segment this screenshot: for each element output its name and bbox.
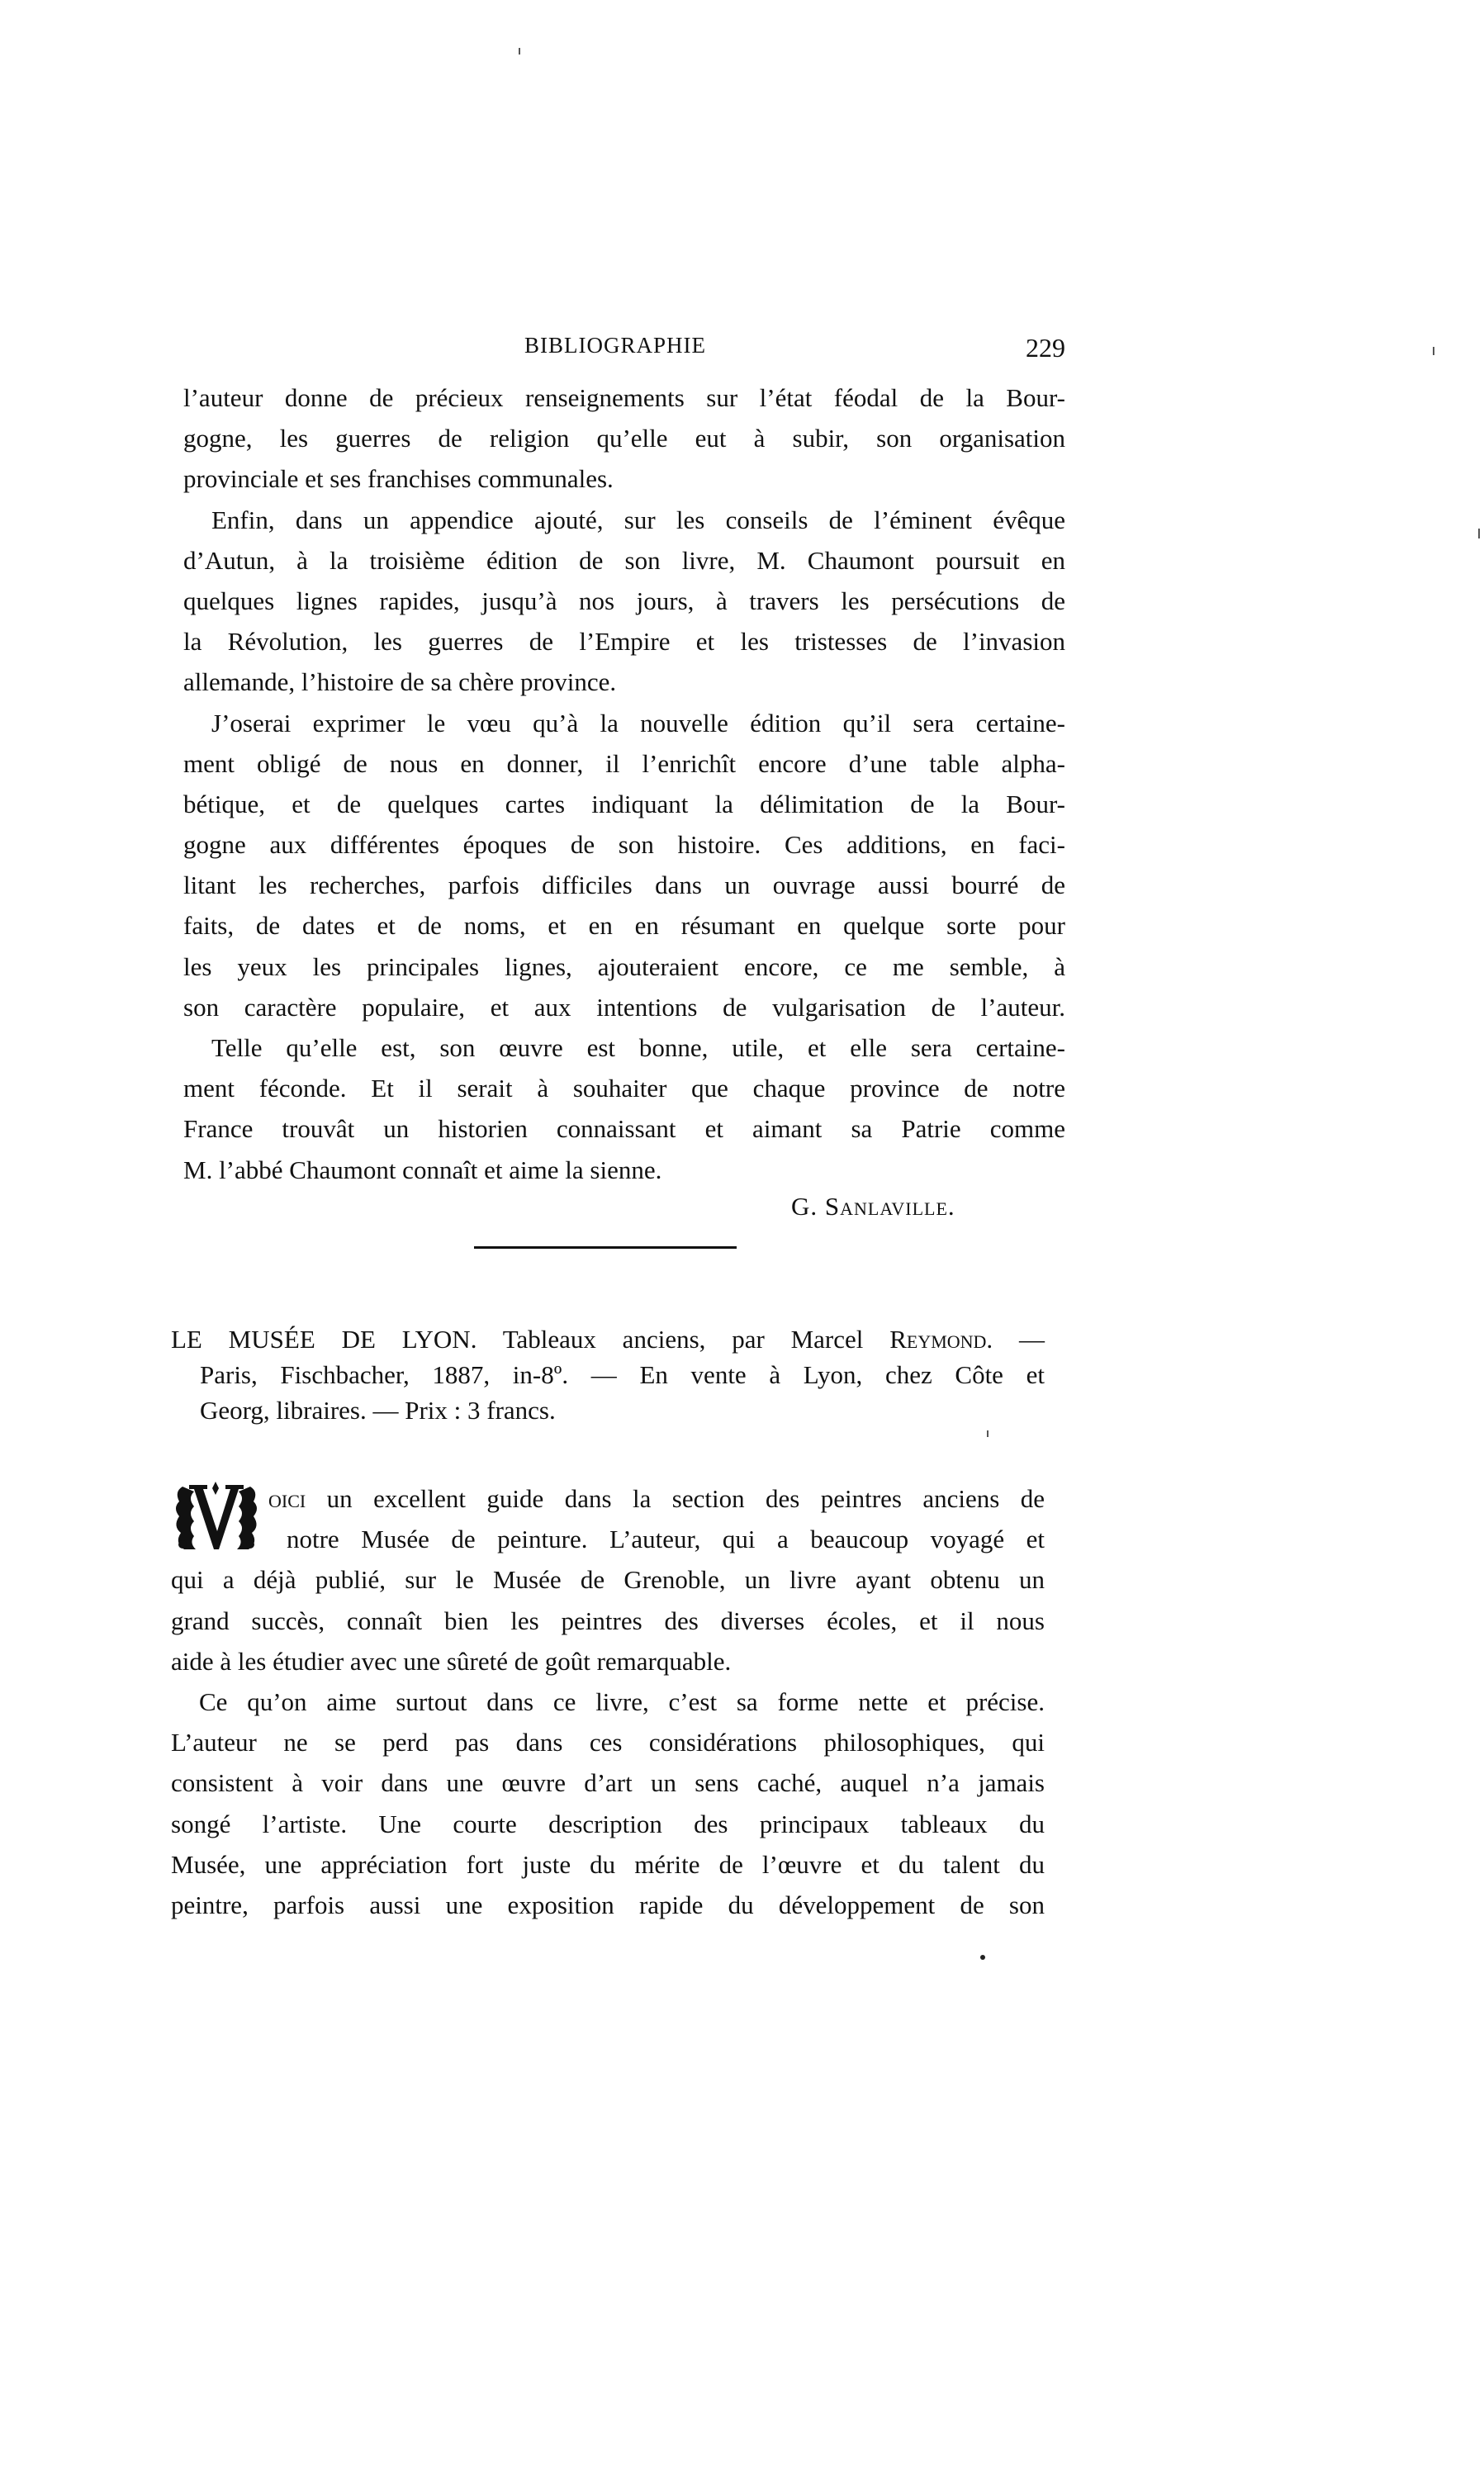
text-line: gogne, les guerres de religion qu’elle e… [183, 418, 1065, 458]
dropcap-word-rest: oici [268, 1484, 306, 1513]
text-line: l’auteur donne de précieux renseignement… [183, 377, 1065, 418]
entry-price-line: Georg, libraires. — Prix : 3 francs. [171, 1392, 1045, 1428]
bibliographic-entry: LE MUSÉE DE LYON. Tableaux anciens, par … [171, 1321, 1045, 1428]
page-speck [980, 1955, 985, 1960]
review-signature: G. Sanlaville. [791, 1192, 955, 1221]
text-line: la Révolution, les guerres de l’Empire e… [183, 621, 1065, 662]
text-line: litant les recherches, parfois difficile… [183, 865, 1065, 905]
review-musee-body: oici un excellent guide dans la section … [171, 1478, 1045, 1925]
book-page: BIBLIOGRAPHIE 229 l’auteur donne de préc… [0, 0, 1484, 2476]
text-line: allemande, l’histoire de sa chère provin… [183, 662, 1065, 702]
text-line: aide à les étudier avec une sûreté de go… [171, 1641, 1045, 1681]
page-speck [987, 1430, 989, 1437]
text-line: songé l’artiste. Une courte description … [171, 1804, 1045, 1844]
text-line: Ce qu’on aime surtout dans ce livre, c’e… [171, 1681, 1045, 1722]
text-line: son caractère populaire, et aux intentio… [183, 987, 1065, 1027]
entry-author: Reymond. [889, 1325, 993, 1354]
text-line: d’Autun, à la troisième édition de son l… [183, 540, 1065, 581]
entry-publisher-line: Paris, Fischbacher, 1887, in-8º. — En ve… [171, 1357, 1045, 1392]
text-line: les yeux les principales lignes, ajouter… [183, 946, 1065, 987]
page-speck [1478, 529, 1480, 538]
page-number: 229 [1026, 333, 1065, 363]
text-line: M. l’abbé Chaumont connaît et aime la si… [183, 1150, 1065, 1190]
entry-title: LE MUSÉE DE LYON. [171, 1325, 476, 1354]
text-line: consistent à voir dans une œuvre d’art u… [171, 1762, 1045, 1803]
text-line: France trouvât un historien connaissant … [183, 1108, 1065, 1149]
text-line: quelques lignes rapides, jusqu’à nos jou… [183, 581, 1065, 621]
entry-title-line: LE MUSÉE DE LYON. Tableaux anciens, par … [171, 1321, 1045, 1357]
review-chaumont-body: l’auteur donne de précieux renseignement… [183, 377, 1065, 1190]
text-line: J’oserai exprimer le vœu qu’à la nouvell… [183, 703, 1065, 743]
text-line: grand succès, connaît bien les peintres … [171, 1601, 1045, 1641]
text-line: faits, de dates et de noms, et en en rés… [183, 905, 1065, 946]
text-line-content: un excellent guide dans la section des p… [306, 1484, 1045, 1513]
text-line: Enfin, dans un appendice ajouté, sur les… [183, 500, 1065, 540]
running-head: BIBLIOGRAPHIE 229 [183, 333, 1065, 366]
text-line: ment féconde. Et il serait à souhaiter q… [183, 1068, 1065, 1108]
text-line: bétique, et de quelques cartes indiquant… [183, 784, 1065, 824]
text-line: peintre, parfois aussi une exposition ra… [171, 1885, 1045, 1925]
entry-subtitle: Tableaux anciens, par Marcel [476, 1325, 889, 1354]
text-line: Musée, une appréciation fort juste du mé… [171, 1844, 1045, 1885]
text-line: L’auteur ne se perd pas dans ces considé… [171, 1722, 1045, 1762]
text-line: gogne aux différentes époques de son his… [183, 824, 1065, 865]
page-speck [519, 48, 520, 55]
section-divider-rule [474, 1246, 737, 1249]
text-line: provinciale et ses franchises communales… [183, 458, 1065, 499]
text-line: qui a déjà publié, sur le Musée de Greno… [171, 1559, 1045, 1600]
text-line: Telle qu’elle est, son œuvre est bonne, … [183, 1027, 1065, 1068]
page-speck [1433, 347, 1434, 355]
entry-dash: — [993, 1325, 1045, 1354]
text-line: ment obligé de nous en donner, il l’enri… [183, 743, 1065, 784]
text-line: notre Musée de peinture. L’auteur, qui a… [171, 1519, 1045, 1559]
text-line: oici un excellent guide dans la section … [171, 1478, 1045, 1519]
running-title: BIBLIOGRAPHIE [524, 333, 706, 358]
